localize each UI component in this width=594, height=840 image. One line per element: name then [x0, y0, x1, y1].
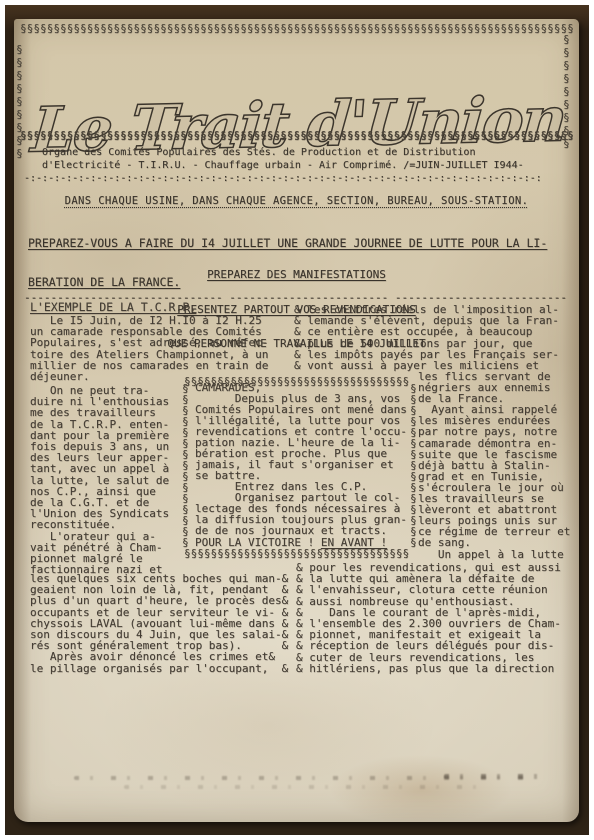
victory-call: POUR LA VICTOIRE !: [195, 536, 321, 549]
camarades-box-left-border: § § § § § § § § § § § § § § §: [182, 383, 189, 548]
show-through-smudge: [444, 774, 554, 779]
article-intro-right-column: & les chiffres réels de l'imposition al-…: [294, 304, 559, 371]
slogan-banner: DANS CHAQUE USINE, DANS CHAQUE AGENCE, S…: [14, 195, 579, 207]
article-middle-right-column: les flics servant de négriers aux ennemi…: [418, 371, 570, 560]
newspaper-page: §§§§§§§§§§§§§§§§§§§§§§§§§§§§§§§§§§§§§§§§…: [14, 19, 579, 822]
article-bottom-right-column: & pour les revendications, qui est aussi…: [296, 562, 561, 674]
ornament-border-top: §§§§§§§§§§§§§§§§§§§§§§§§§§§§§§§§§§§§§§§§…: [20, 22, 573, 35]
article-heading: L'EXEMPLE DE LA T.C.R.P.: [30, 300, 196, 314]
article-intro-left-column: Le I5 Juin, de I2 H.I0 à I2 H.25 un cama…: [30, 315, 268, 382]
camarades-final-line: POUR LA VICTOIRE ! EN AVANT !: [195, 536, 387, 549]
article-middle-left-column: On ne peut tra- duire ni l'enthousias me…: [30, 385, 169, 575]
victory-call-underlined: EN AVANT !: [321, 536, 387, 549]
show-through-smudge: [124, 785, 484, 789]
camarades-appeal-text: CAMARADES, Depuis plus de 3 ans, vos Com…: [195, 382, 407, 536]
article-bottom-left-column: les quelques six cents boches qui man-& …: [30, 573, 288, 674]
ornament-border-under-title: §§§§§§§§§§§§§§§§§§§§§§§§§§§§§§§§§§§§§§§§…: [20, 129, 573, 142]
masthead-subtitle: Organe des Comités Populaires des Stés. …: [42, 147, 524, 172]
ornament-border-left: § § § § § § § § §: [16, 43, 23, 160]
photo-frame: §§§§§§§§§§§§§§§§§§§§§§§§§§§§§§§§§§§§§§§§…: [5, 5, 589, 835]
camarades-box-right-border: § § § § § § § § § § § § § § §: [410, 383, 417, 548]
manif-line-1: PREPAREZ DES MANIFESTATIONS: [14, 269, 579, 281]
colon-divider: -:-:-:-:-:-:-:-:-:-:-:-:-:-:-:-:-:-:-:-:…: [24, 173, 542, 184]
